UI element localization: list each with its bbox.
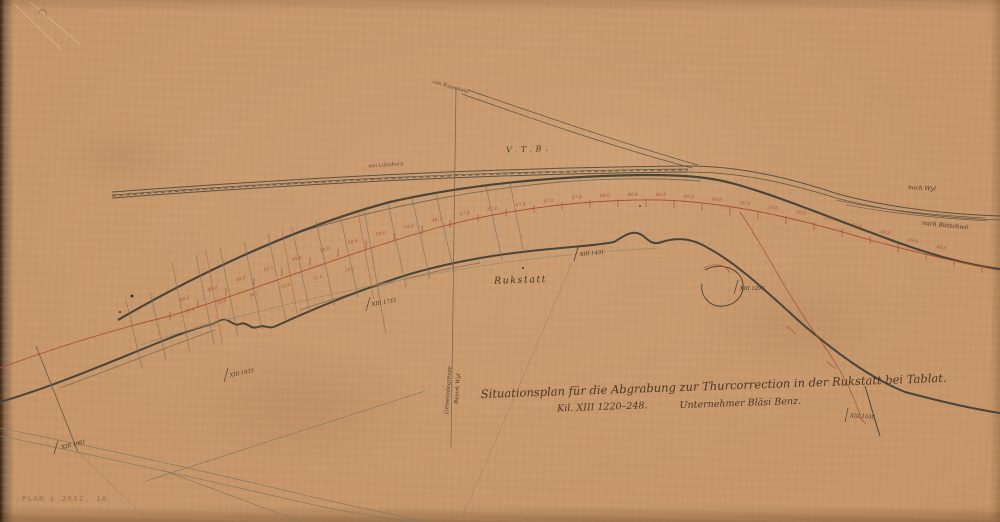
axis-span-measurement: 50.0 — [319, 246, 330, 254]
axis-span-measurement: 51.0 — [824, 215, 835, 222]
plan-title-kilometrage: Kil. XIII 1220–248. — [556, 400, 648, 414]
axis-span-measurement: 47.4 — [515, 202, 527, 209]
axis-span-measurement: 48.2 — [178, 294, 191, 304]
axis-span-measurement: 50.1 — [263, 265, 275, 274]
axis-span-measurement: 50.0 — [375, 230, 386, 238]
direction-label-von-luetisburg: von Lütisburg — [368, 161, 404, 169]
station-marker-label: XIII 1431 — [579, 249, 605, 258]
station-marker-label: XIII 1038 — [849, 413, 876, 421]
station-marker-label: XIII 1933 — [228, 368, 255, 379]
archive-number-note: PLAN L 2652. 18 — [22, 495, 108, 503]
paper-creases — [14, 2, 80, 50]
scanned-plan-sheet: V.T.B. Rukstatt nach Wyl nach Bütschwil … — [0, 0, 1000, 522]
axis-span-measurement: 47.8 — [458, 210, 470, 218]
title-block: Situationsplan für die Abgrabung zur Thu… — [481, 371, 948, 418]
axis-span-measurement: 49.8 — [290, 255, 302, 264]
axis-span-measurement: 48.1 — [430, 216, 442, 224]
axis-span-measurement: 50.6 — [768, 204, 779, 211]
side-measurement: 28.2 — [344, 267, 356, 274]
axis-span-measurement: 50.0 — [403, 223, 414, 231]
plan-title-line1: Situationsplan für die Abgrabung zur Thu… — [481, 371, 947, 401]
axis-span-measurement: 47.6 — [486, 205, 498, 212]
station-marker-label: XIII 1733 — [370, 298, 397, 308]
railway-name-label: V.T.B. — [506, 144, 552, 155]
axis-span-measurement: 49.6 — [711, 197, 723, 204]
axis-span-measurement: 49.4 — [907, 237, 919, 245]
axis-span-measurement: 50.2 — [740, 201, 751, 208]
axis-span-measurement: 47.8 — [571, 195, 583, 202]
axis-span-measurement: 50.4 — [347, 238, 358, 246]
direction-label-nach-wyl: nach Wyl — [908, 184, 936, 193]
axis-span-measurement: 49.2 — [683, 194, 695, 200]
boundary-label-line2: Bezirk Wyl — [454, 373, 462, 405]
side-measurement: 29.6 — [280, 283, 292, 291]
axis-span-measurement: 48.4 — [627, 192, 638, 198]
axis-span-measurement: 50.4 — [852, 222, 863, 230]
station-marker-label: XIII 1291 — [739, 286, 765, 292]
axis-span-measurement: 48.8 — [655, 192, 666, 198]
axis-span-measurement: 48.6 — [234, 275, 247, 284]
direction-label-von-bazenheid: von Bazenheid — [432, 79, 469, 95]
plan-drawing: V.T.B. Rukstatt nach Wyl nach Bütschwil … — [0, 0, 1000, 522]
side-measurement: 26.4 — [183, 307, 195, 315]
axis-span-measurement: 50.8 — [796, 209, 807, 216]
side-measurement: 24.0 — [215, 299, 227, 307]
axis-span-measurement: 48.0 — [599, 193, 611, 199]
direction-label-nach-buetschwil: nach Bütschwil — [922, 220, 969, 232]
axis-span-measurement: 48.8 — [935, 244, 947, 252]
axis-span-measurement: 47.2 — [543, 198, 555, 205]
side-measurement: 30.2 — [248, 292, 259, 300]
railway-lines — [112, 90, 1000, 221]
plan-title-contractor: Unternehmer Bläsi Benz. — [679, 396, 801, 411]
side-measurement: 51.0 — [313, 275, 324, 282]
place-label-rukstatt: Rukstatt — [493, 274, 547, 287]
ink-spots — [119, 205, 641, 313]
